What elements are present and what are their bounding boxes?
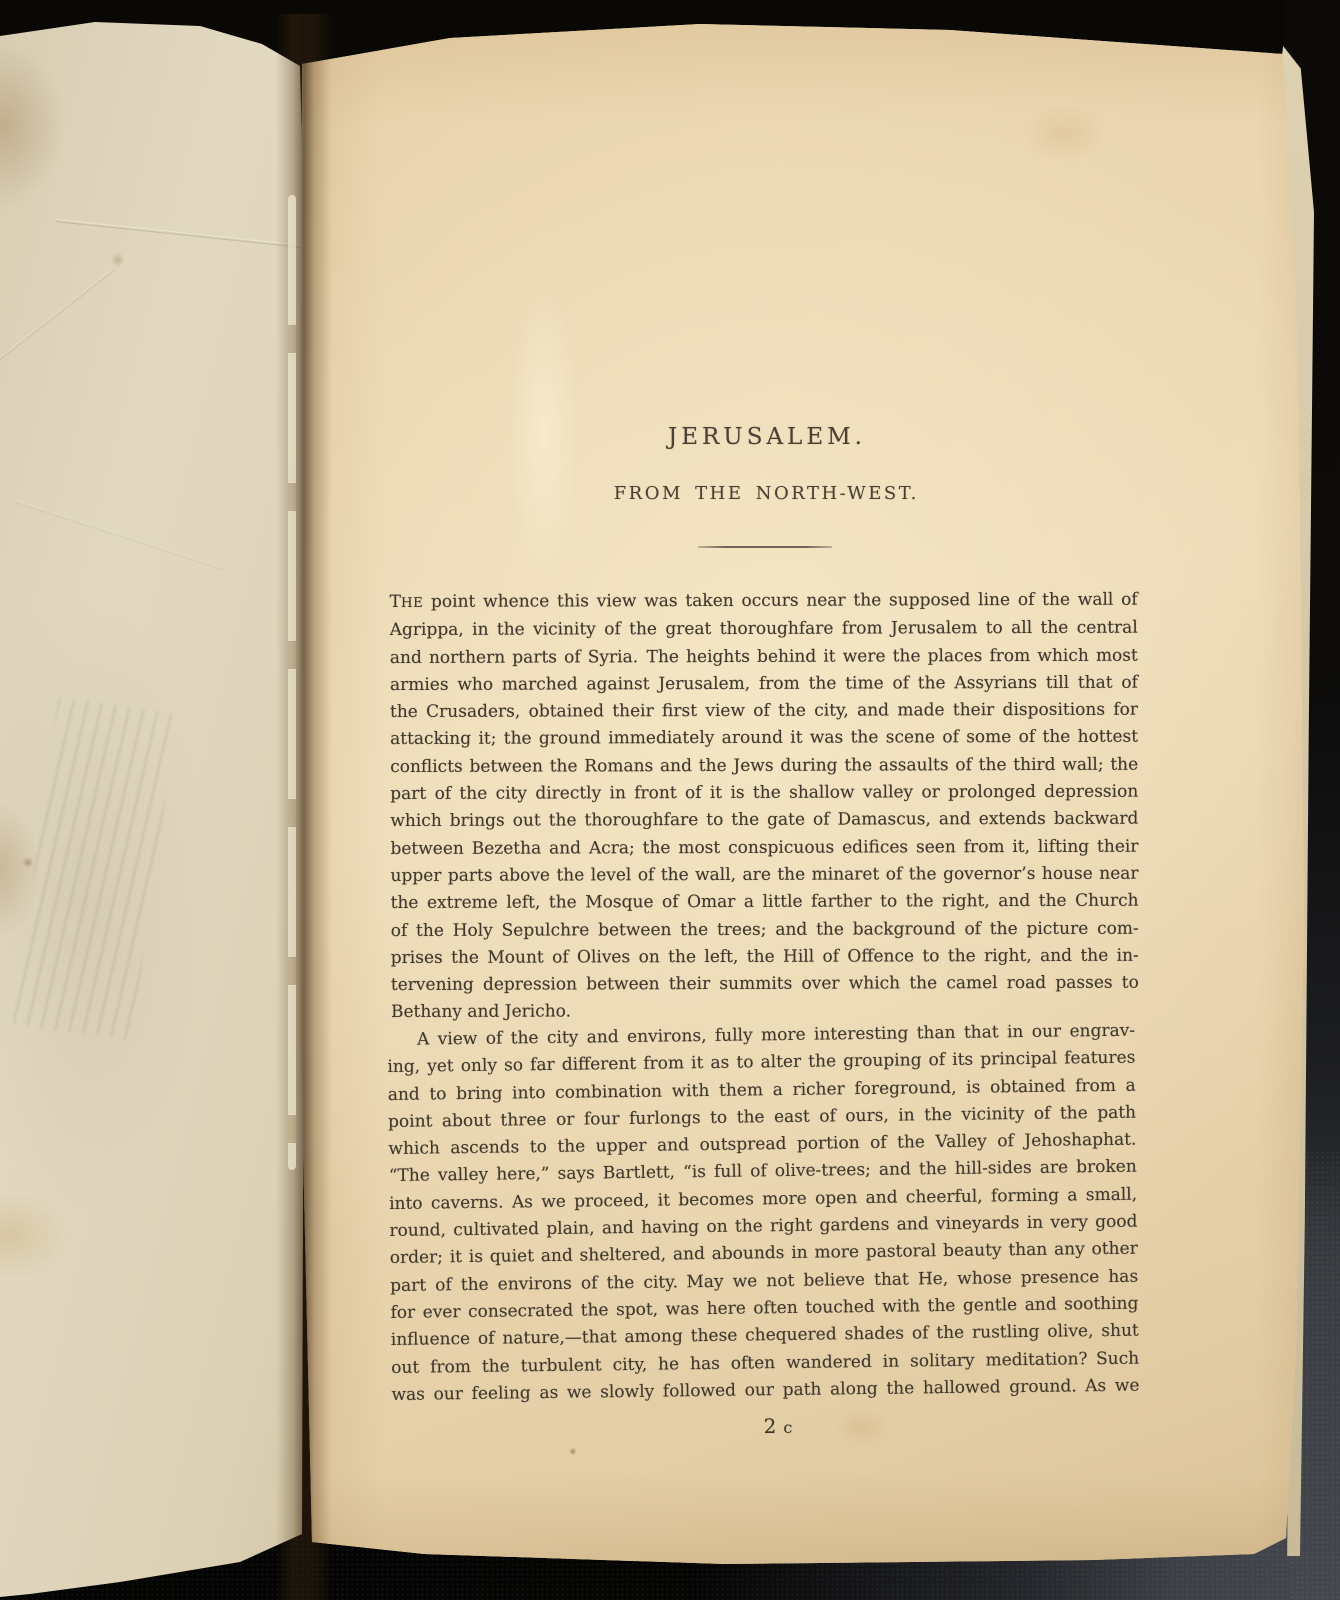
text-line: which brings out the thoroughfare to the…	[390, 806, 1138, 836]
text-line: prises the Mount of Olives on the left, …	[391, 943, 1139, 973]
body-text: THE point whence this view was taken occ…	[391, 589, 1139, 1409]
text-line: the extreme left, the Mosque of Omar a l…	[391, 888, 1139, 918]
book-photo-stage: JERUSALEM. FROM THE NORTH-WEST. THE poin…	[0, 0, 1340, 1600]
text-line: THE point whence this view was taken occ…	[390, 587, 1138, 618]
text-line: part of the city directly in front of it…	[390, 779, 1138, 809]
gutter-paper-edge	[288, 195, 296, 1170]
text-line: the Crusaders, obtained their first view…	[390, 697, 1138, 727]
lead-word: THE	[390, 592, 424, 612]
paragraph: THE point whence this view was taken occ…	[390, 587, 1139, 1027]
book-page: JERUSALEM. FROM THE NORTH-WEST. THE poin…	[294, 18, 1308, 1566]
text-line: Agrippa, in the vicinity of the great th…	[390, 615, 1138, 645]
text-line: attacking it; the ground immediately aro…	[390, 724, 1138, 754]
text-line: conflicts between the Romans and the Jew…	[390, 751, 1138, 781]
paper-crease	[56, 219, 303, 248]
page-content: JERUSALEM. FROM THE NORTH-WEST. THE poin…	[391, 18, 1139, 1438]
text-line: tervening depression between their summi…	[391, 970, 1139, 1000]
text-line: armies who marched against Jerusalem, fr…	[390, 670, 1138, 700]
text-line: and northern parts of Syria. The heights…	[390, 642, 1138, 672]
text-showthrough	[13, 697, 178, 1040]
signature-mark: 2c	[391, 1414, 1139, 1438]
signature-number: 2	[764, 1414, 777, 1438]
text-line: of the Holy Sepulchre between the trees;…	[391, 915, 1139, 945]
paragraph: A view of the city and environs, fully m…	[387, 1017, 1140, 1409]
paper-crease	[15, 500, 225, 571]
page-title: JERUSALEM.	[391, 424, 1139, 450]
page-subtitle: FROM THE NORTH-WEST.	[391, 483, 1139, 505]
signature-letter: c	[783, 1418, 792, 1437]
divider-rule	[698, 546, 832, 548]
paper-crease	[0, 268, 115, 363]
text-line: between Bezetha and Acra; the most consp…	[390, 833, 1138, 863]
left-blank-page	[0, 14, 310, 1600]
text-line: upper parts above the level of the wall,…	[390, 861, 1138, 891]
